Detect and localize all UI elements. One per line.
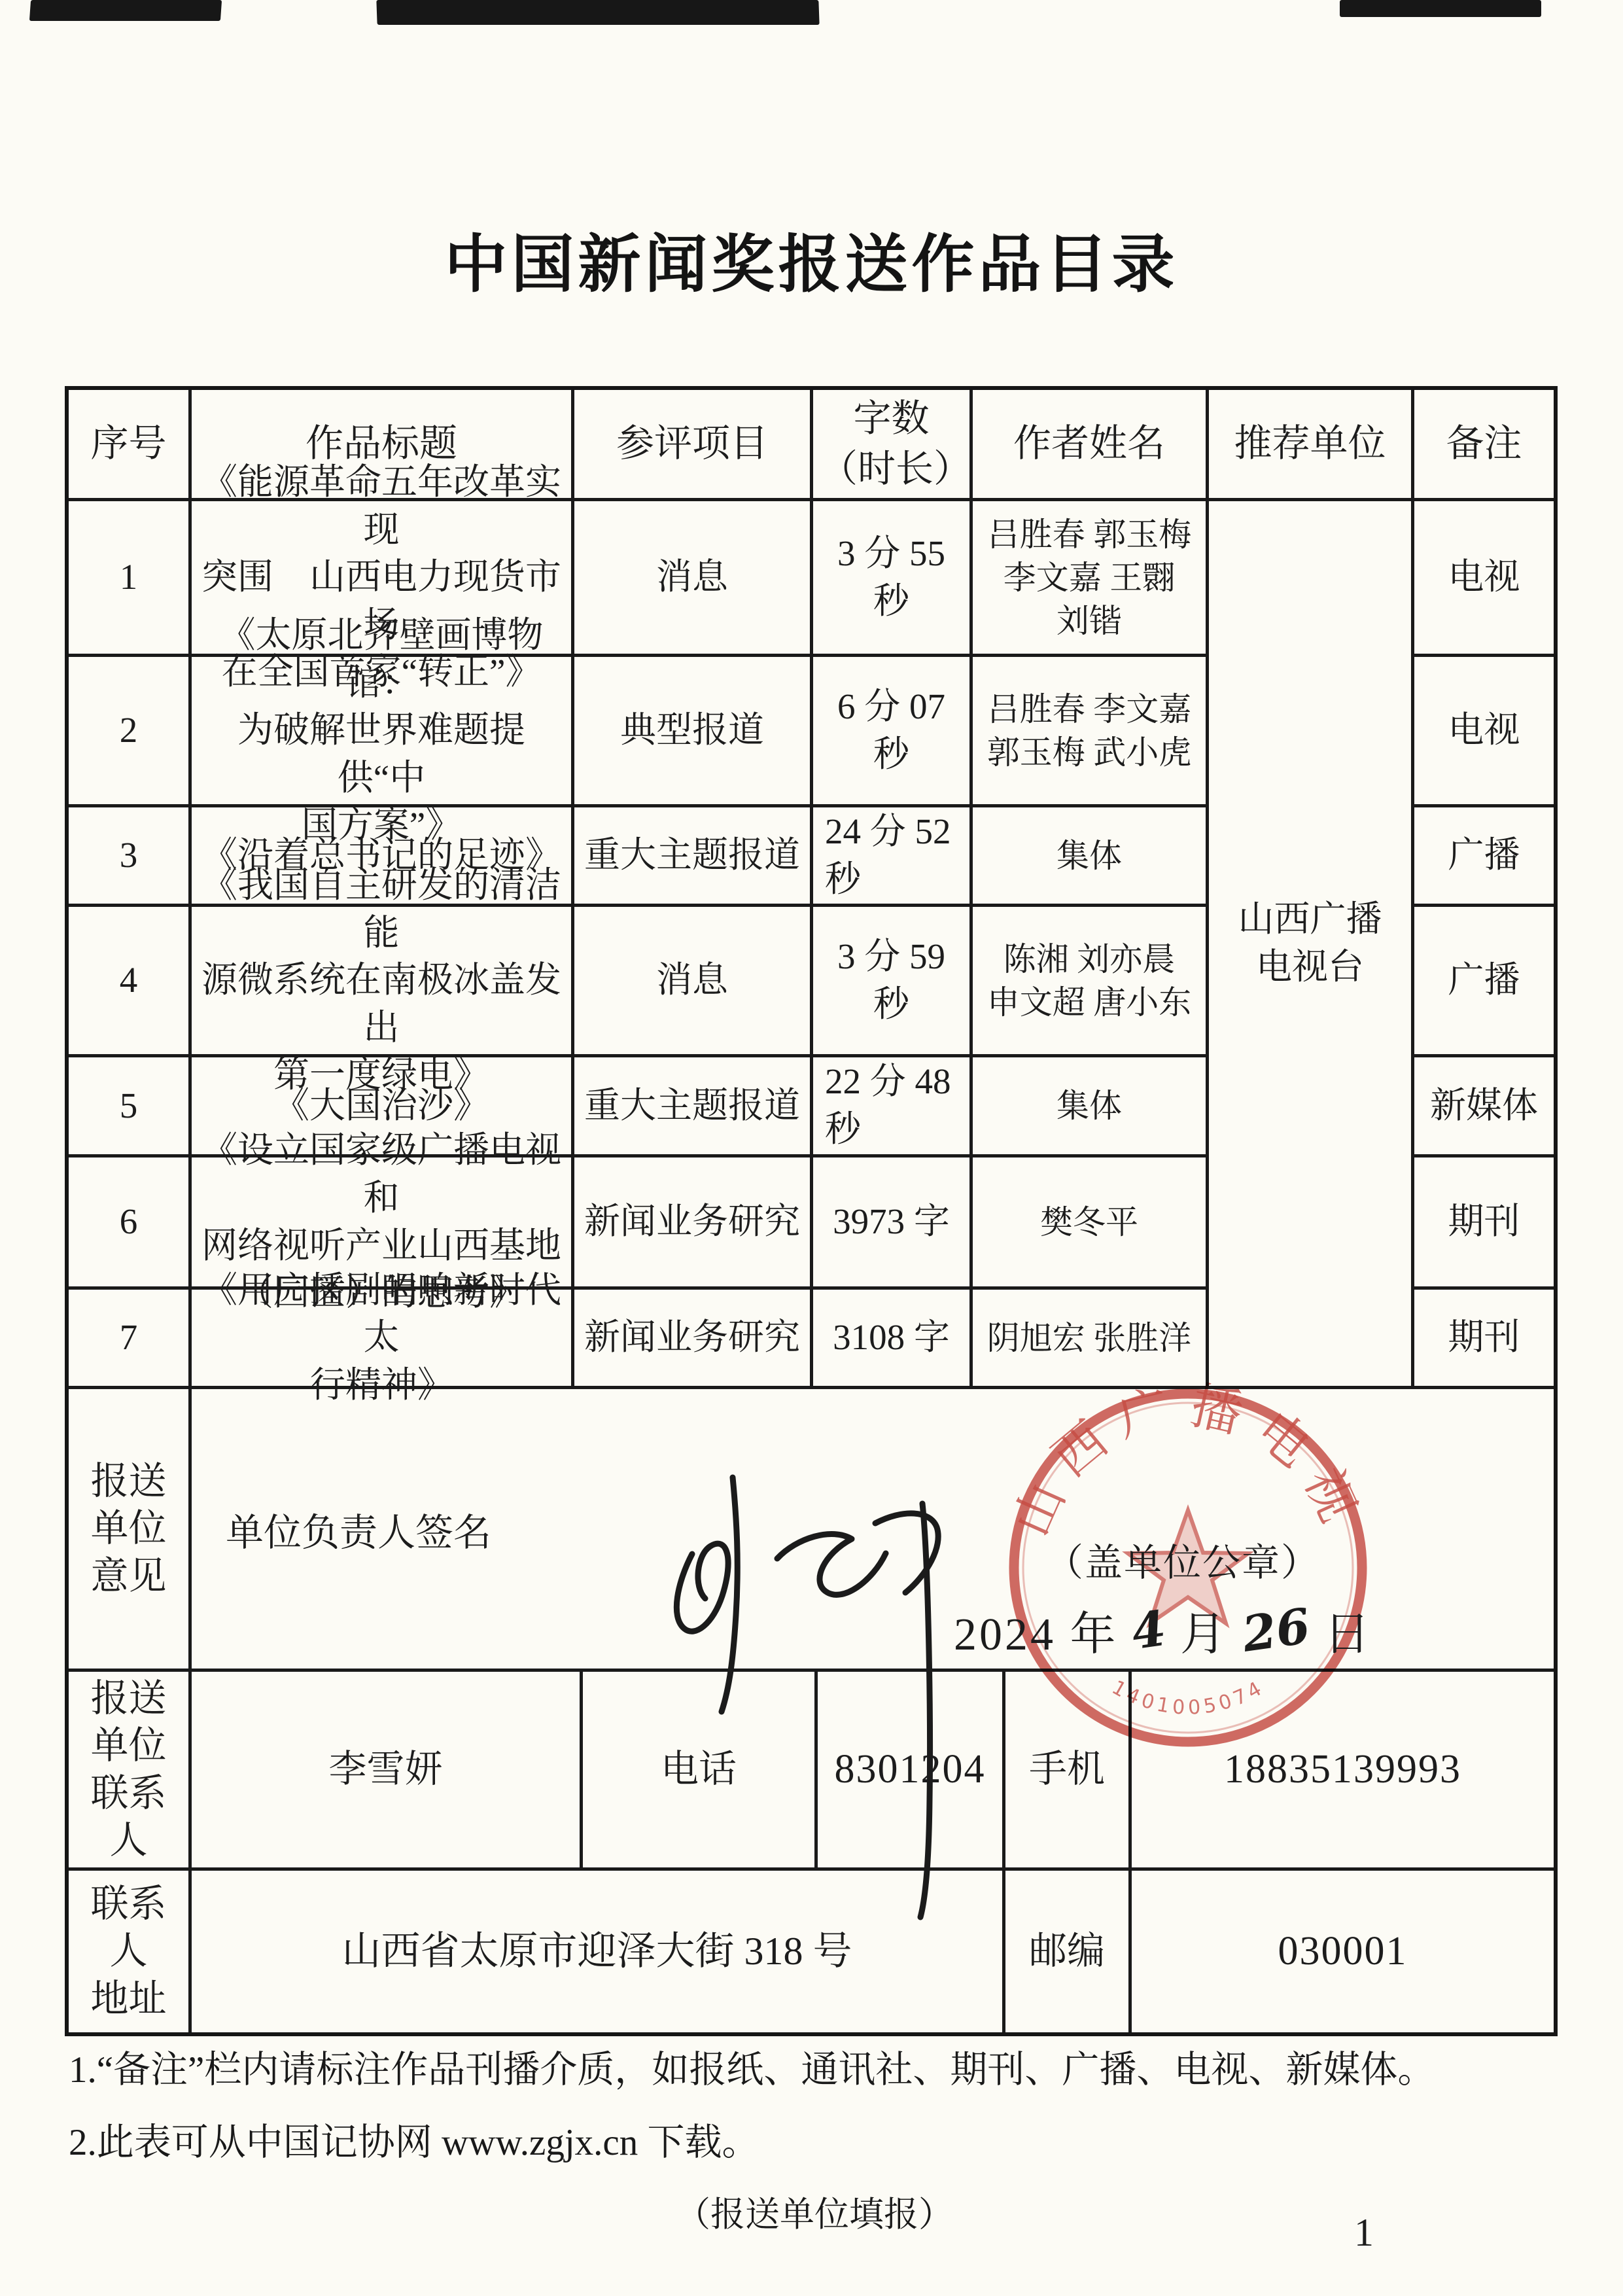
work-title: 《我国自主研发的清洁能 源微系统在南极冰盖发出 第一度绿电》 bbox=[192, 907, 574, 1057]
contact-name: 李雪妍 bbox=[192, 1672, 583, 1867]
col-header-recommender: 推荐单位 bbox=[1209, 390, 1414, 501]
entry-length: 24 分 52 秒 bbox=[813, 807, 973, 907]
date-day-unit: 日 bbox=[1324, 1610, 1372, 1660]
work-title: 《太原北齐壁画博物馆： 为破解世界难题提供“中 国方案”》 bbox=[192, 657, 574, 807]
entry-length: 22 分 48 秒 bbox=[813, 1057, 973, 1157]
scan-artifact-bar bbox=[1340, 0, 1541, 17]
opinion-row-label: 报送 单位 意见 bbox=[69, 1389, 192, 1669]
contact-row: 报送 单位 联系 人 李雪妍 电话 8301204 手机 18835139993 bbox=[69, 1672, 1554, 1871]
entry-category: 典型报道 bbox=[574, 657, 813, 807]
catalog-table: 序号 作品标题 参评项目 字数 （时长） 作者姓名 推荐单位 备注 1 《能源革… bbox=[65, 386, 1558, 2036]
col-header-remark: 备注 bbox=[1414, 390, 1554, 501]
entry-remark: 新媒体 bbox=[1414, 1057, 1554, 1157]
address-value: 山西省太原市迎泽大街 318 号 bbox=[192, 1871, 1005, 2032]
phone-label: 电话 bbox=[583, 1672, 818, 1867]
row-no: 3 bbox=[69, 807, 192, 907]
date-day-handwritten: 26 bbox=[1238, 1598, 1313, 1663]
entry-authors: 陈湘 刘亦晨 申文超 唐小东 bbox=[973, 907, 1209, 1057]
date-line: 2024 年 4 月 26 日 bbox=[954, 1597, 1543, 1663]
footnotes: 1.“备注”栏内请标注作品刊播介质，如报纸、通讯社、期刊、广播、电视、新媒体。 … bbox=[69, 2034, 1560, 2250]
row-no: 1 bbox=[69, 501, 192, 657]
entry-remark: 期刊 bbox=[1414, 1290, 1554, 1389]
entry-authors: 吕胜春 李文嘉 郭玉梅 武小虎 bbox=[973, 657, 1209, 807]
entry-remark: 期刊 bbox=[1414, 1157, 1554, 1290]
mobile-label: 手机 bbox=[1005, 1672, 1132, 1867]
entry-authors: 吕胜春 郭玉梅 李文嘉 王翾 刘锴 bbox=[973, 501, 1209, 657]
col-header-authors: 作者姓名 bbox=[973, 390, 1209, 501]
row-no: 4 bbox=[69, 907, 192, 1057]
footnote-2: 2.此表可从中国记协网 www.zgjx.cn 下载。 bbox=[69, 2106, 1560, 2179]
entry-category: 重大主题报道 bbox=[574, 1057, 813, 1157]
zip-label: 邮编 bbox=[1005, 1871, 1132, 2032]
opinion-row: 报送 单位 意见 单位负责人签名 （盖单位公章） 2024 年 4 月 26 日 bbox=[69, 1389, 1554, 1672]
address-row: 联系 人 地址 山西省太原市迎泽大街 318 号 邮编 030001 bbox=[69, 1871, 1554, 2032]
entry-category: 重大主题报道 bbox=[574, 807, 813, 907]
row-no: 7 bbox=[69, 1290, 192, 1389]
entry-remark: 电视 bbox=[1414, 501, 1554, 657]
page-number: 1 bbox=[1354, 2210, 1374, 2255]
date-month-unit: 月 bbox=[1180, 1610, 1229, 1660]
entry-authors: 阴旭宏 张胜洋 bbox=[973, 1290, 1209, 1389]
entry-category: 新闻业务研究 bbox=[574, 1290, 813, 1389]
zip-code: 030001 bbox=[1132, 1871, 1554, 2032]
date-month-handwritten: 4 bbox=[1128, 1600, 1170, 1661]
entry-authors: 樊冬平 bbox=[973, 1157, 1209, 1290]
stamp-note: （盖单位公章） bbox=[1019, 1532, 1346, 1587]
scan-artifact-bar bbox=[29, 0, 222, 21]
entry-category: 消息 bbox=[574, 501, 813, 657]
entry-remark: 广播 bbox=[1414, 907, 1554, 1057]
entry-authors: 集体 bbox=[973, 1057, 1209, 1157]
recommender-merged-cell: 山西广播 电视台 bbox=[1209, 501, 1414, 1389]
entry-length: 3973 字 bbox=[813, 1157, 973, 1290]
entry-length: 3108 字 bbox=[813, 1290, 973, 1389]
col-header-length: 字数 （时长） bbox=[813, 390, 973, 501]
entry-length: 6 分 07 秒 bbox=[813, 657, 973, 807]
catalog-grid: 序号 作品标题 参评项目 字数 （时长） 作者姓名 推荐单位 备注 1 《能源革… bbox=[69, 390, 1554, 1389]
contact-row-label: 报送 单位 联系 人 bbox=[69, 1672, 192, 1867]
sign-label: 单位负责人签名 bbox=[226, 1389, 491, 1669]
entry-authors: 集体 bbox=[973, 807, 1209, 907]
entry-length: 3 分 59 秒 bbox=[813, 907, 973, 1057]
entry-category: 新闻业务研究 bbox=[574, 1157, 813, 1290]
page-title: 中国新闻奖报送作品目录 bbox=[0, 215, 1623, 304]
entry-remark: 广播 bbox=[1414, 807, 1554, 907]
col-header-no: 序号 bbox=[69, 390, 192, 501]
col-header-category: 参评项目 bbox=[574, 390, 813, 501]
mobile-number: 18835139993 bbox=[1132, 1672, 1554, 1867]
opinion-content-cell: 单位负责人签名 （盖单位公章） 2024 年 4 月 26 日 bbox=[192, 1389, 1554, 1669]
work-title: 《用广播剧唱响新时代太 行精神》 bbox=[192, 1290, 574, 1389]
phone-number: 8301204 bbox=[818, 1672, 1005, 1867]
scanned-document-page: 中国新闻奖报送作品目录 序号 作品标题 参评项目 字数 （时长） 作者姓名 推荐… bbox=[0, 0, 1623, 2296]
footnote-1: 1.“备注”栏内请标注作品刊播介质，如报纸、通讯社、期刊、广播、电视、新媒体。 bbox=[69, 2034, 1560, 2106]
entry-remark: 电视 bbox=[1414, 657, 1554, 807]
date-year: 2024 年 bbox=[954, 1610, 1119, 1660]
row-no: 6 bbox=[69, 1157, 192, 1290]
row-no: 5 bbox=[69, 1057, 192, 1157]
entry-length: 3 分 55 秒 bbox=[813, 501, 973, 657]
row-no: 2 bbox=[69, 657, 192, 807]
scan-artifact-bar bbox=[376, 0, 819, 25]
entry-category: 消息 bbox=[574, 907, 813, 1057]
address-row-label: 联系 人 地址 bbox=[69, 1871, 192, 2032]
footnote-3: （报送单位填报） bbox=[69, 2181, 1560, 2249]
